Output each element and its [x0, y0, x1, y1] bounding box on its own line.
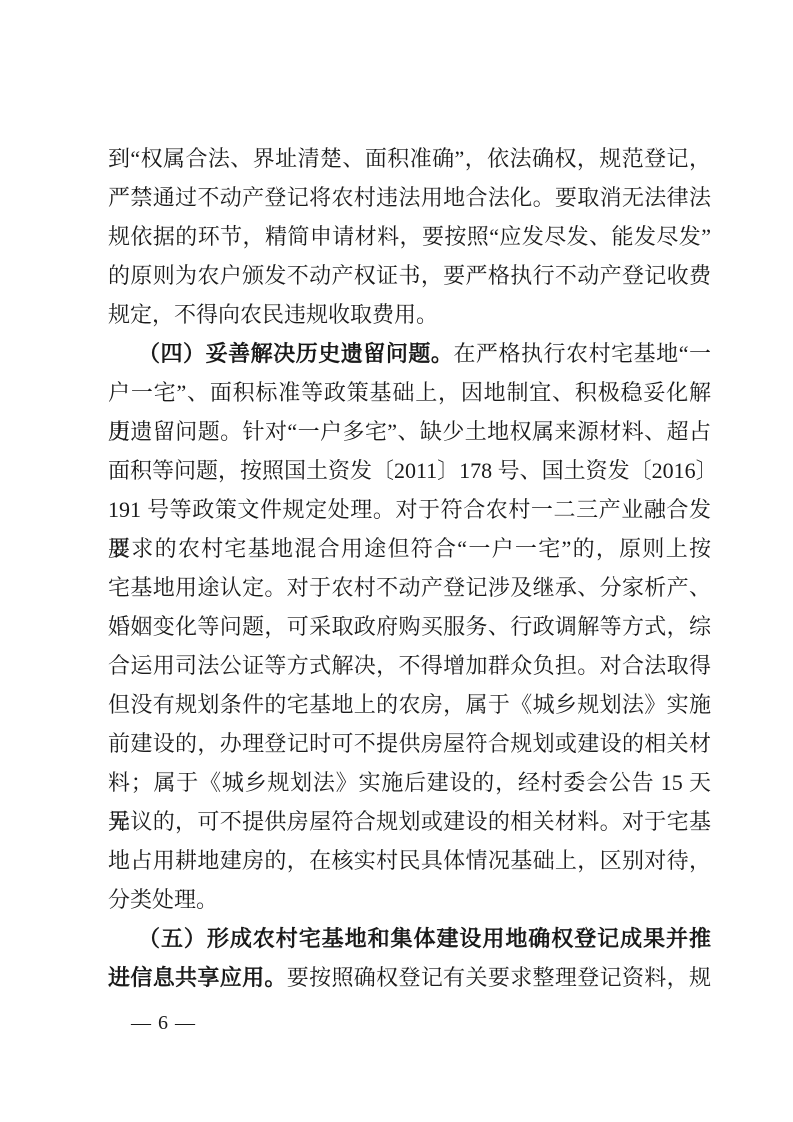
text-line: 料；属于《城乡规划法》实施后建设的，经村委会公告 15 天无 [108, 763, 711, 802]
page-number: — 6 — [131, 1012, 196, 1035]
text-line: 面积等问题，按照国土资发〔2011〕178 号、国土资发〔2016〕 [108, 451, 711, 490]
text-line: 合运用司法公证等方式解决，不得增加群众负担。对合法取得 [108, 646, 711, 685]
text-line: 规定，不得向农民违规收取费用。 [108, 295, 711, 334]
text-line: 但没有规划条件的宅基地上的农房，属于《城乡规划法》实施 [108, 685, 711, 724]
text-line: 规依据的环节，精简申请材料，要按照“应发尽发、能发尽发” [108, 217, 711, 256]
text-segment: 但没有规划条件的宅基地上的农房，属于《城乡规划法》实施 [108, 692, 711, 717]
text-line: 地占用耕地建房的，在核实村民具体情况基础上，区别对待， [108, 841, 711, 880]
text-line: 史遗留问题。针对“一户多宅”、缺少土地权属来源材料、超占 [108, 412, 711, 451]
text-segment: 婚姻变化等问题，可采取政府购买服务、行政调解等方式，综 [108, 614, 711, 639]
text-line: 严禁通过不动产登记将农村违法用地合法化。要取消无法律法 [108, 178, 711, 217]
text-line: 要求的农村宅基地混合用途但符合“一户一宅”的，原则上按 [108, 529, 711, 568]
text-segment: 合运用司法公证等方式解决，不得增加群众负担。对合法取得 [108, 653, 711, 678]
text-line: 宅基地用途认定。对于农村不动产登记涉及继承、分家析产、 [108, 568, 711, 607]
section-heading: （四）妥善解决历史遗留问题。 [138, 341, 453, 366]
text-segment: 要按照确权登记有关要求整理登记资料，规 [287, 965, 711, 990]
text-segment: 规定，不得向农民违规收取费用。 [108, 302, 438, 327]
text-line: 异议的，可不提供房屋符合规划或建设的相关材料。对于宅基 [108, 802, 711, 841]
text-line: （五）形成农村宅基地和集体建设用地确权登记成果并推 [108, 919, 711, 958]
text-segment: 到“权属合法、界址清楚、面积准确”，依法确权，规范登记， [108, 146, 711, 171]
text-line: 进信息共享应用。要按照确权登记有关要求整理登记资料，规 [108, 958, 711, 997]
text-segment: 严禁通过不动产登记将农村违法用地合法化。要取消无法律法 [108, 185, 711, 210]
text-line: 到“权属合法、界址清楚、面积准确”，依法确权，规范登记， [108, 139, 711, 178]
text-segment: 的原则为农户颁发不动产权证书，要严格执行不动产登记收费 [108, 263, 711, 288]
text-line: 191 号等政策文件规定处理。对于符合农村一二三产业融合发展 [108, 490, 711, 529]
text-segment: 地占用耕地建房的，在核实村民具体情况基础上，区别对待， [108, 848, 711, 873]
text-segment: 宅基地用途认定。对于农村不动产登记涉及继承、分家析产、 [108, 575, 711, 600]
document-body: 到“权属合法、界址清楚、面积准确”，依法确权，规范登记，严禁通过不动产登记将农村… [108, 139, 711, 997]
text-segment: 要求的农村宅基地混合用途但符合“一户一宅”的，原则上按 [108, 536, 711, 561]
text-line: 的原则为农户颁发不动产权证书，要严格执行不动产登记收费 [108, 256, 711, 295]
text-segment: 在严格执行农村宅基地“一 [453, 341, 711, 366]
text-line: 户一宅”、面积标准等政策基础上，因地制宜、积极稳妥化解历 [108, 373, 711, 412]
text-segment: 异议的，可不提供房屋符合规划或建设的相关材料。对于宅基 [108, 809, 711, 834]
text-segment: 规依据的环节，精简申请材料，要按照“应发尽发、能发尽发” [108, 224, 711, 249]
text-segment: 史遗留问题。针对“一户多宅”、缺少土地权属来源材料、超占 [108, 419, 711, 444]
text-line: 分类处理。 [108, 880, 711, 919]
text-segment: 分类处理。 [108, 887, 218, 912]
section-heading: （五）形成农村宅基地和集体建设用地确权登记成果并推 [138, 926, 711, 951]
text-segment: 前建设的，办理登记时可不提供房屋符合规划或建设的相关材 [108, 731, 711, 756]
text-line: 前建设的，办理登记时可不提供房屋符合规划或建设的相关材 [108, 724, 711, 763]
section-heading: 进信息共享应用。 [108, 965, 287, 990]
text-line: 婚姻变化等问题，可采取政府购买服务、行政调解等方式，综 [108, 607, 711, 646]
text-line: （四）妥善解决历史遗留问题。在严格执行农村宅基地“一 [108, 334, 711, 373]
document-page: 到“权属合法、界址清楚、面积准确”，依法确权，规范登记，严禁通过不动产登记将农村… [0, 0, 793, 1122]
text-segment: 面积等问题，按照国土资发〔2011〕178 号、国土资发〔2016〕 [108, 458, 718, 483]
